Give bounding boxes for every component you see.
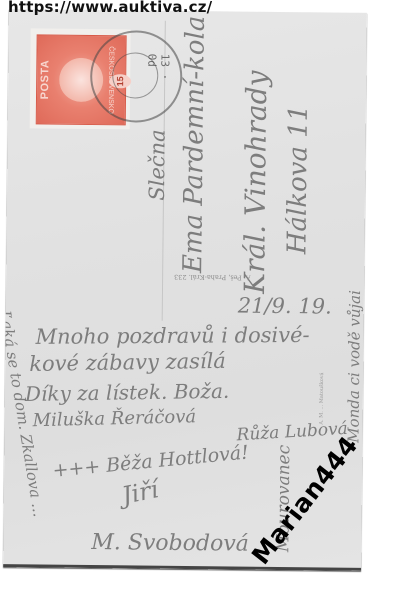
postmark-text: 13 · 0d: [145, 54, 171, 98]
message-line-4: Miluška Řeráčová: [32, 406, 196, 431]
right-margin-note: Monda ci vodě vůjai: [344, 290, 364, 443]
signature-scrawl: Jiří: [119, 475, 160, 510]
address-line4: Hálkova 11: [282, 105, 314, 255]
date: 21/9. 19.: [238, 294, 332, 319]
message-line-3: Díky za lístek. Boža.: [25, 379, 230, 406]
address-street: Král. Vinohrady: [238, 70, 273, 294]
printed-side-text: A. M. ... Matoušková: [319, 372, 326, 424]
signature-bottom: M. Svobodová: [91, 530, 249, 557]
source-url[interactable]: https://www.auktiva.cz/: [8, 0, 212, 16]
postmark-cancel: 13 · 0d: [90, 30, 183, 123]
message-line-2: kové zábavy zasílá: [29, 349, 226, 376]
message-line-1: Mnoho pozdravů i dosivé-: [35, 323, 309, 349]
printer-mark: A. Peš, Praha-Král. 233: [174, 273, 250, 282]
address-name: Ema Pardemní-kola: [178, 16, 211, 274]
stamp-label: POSTA: [39, 60, 51, 100]
address-salutation: Slečna: [145, 129, 170, 201]
